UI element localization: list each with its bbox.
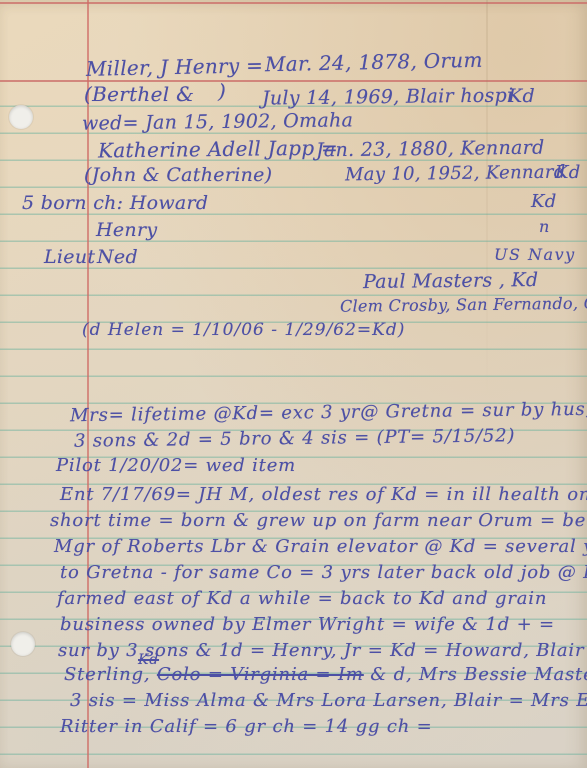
wife-parents: (John & Catherine) bbox=[84, 166, 272, 186]
obituary-line-9: 3 sis = Miss Alma & Mrs Lora Larsen, Bla… bbox=[70, 692, 587, 711]
obituary-line-3: Mgr of Roberts Lbr & Grain elevator @ Kd… bbox=[54, 538, 587, 557]
husband-name: Miller, J Henry = bbox=[86, 55, 264, 80]
obituary-line-8-struck-above: Kd bbox=[138, 653, 159, 668]
wife-birthdate: Jan. 23, 1880, Kennard bbox=[316, 139, 545, 162]
husband-birthdate: Mar. 24, 1878, Orum bbox=[265, 50, 483, 76]
wife-name: Katherine Adell Japp = bbox=[98, 138, 338, 162]
child-henry: Henry bbox=[96, 221, 157, 241]
obituary-line-4: to Gretna - for same Co = 3 yrs later ba… bbox=[60, 564, 587, 583]
child-ned-rank: Lieut bbox=[44, 248, 95, 268]
child-ned: Ned bbox=[97, 248, 138, 268]
children-count-line: 5 born ch: Howard bbox=[22, 194, 208, 214]
obituary-line-8-struck-text: Colo = Virginia = Im bbox=[157, 664, 364, 685]
husband-parents-close: ) bbox=[218, 81, 226, 102]
wife-burial-place: Kd bbox=[555, 164, 581, 183]
husband-deathdate: July 14, 1969, Blair hospi bbox=[262, 86, 514, 109]
obituary-line-10: Ritter in Calif = 6 gr ch = 14 gg ch = bbox=[60, 718, 433, 737]
helen-spouse: Clem Crosby, San Fernando, Calif bbox=[340, 295, 587, 315]
obituary-line-6: business owned by Elmer Wright = wife & … bbox=[60, 616, 555, 635]
obituary-line-1: Ent 7/17/69= JH M, oldest res of Kd = in… bbox=[60, 486, 587, 505]
child-howard-place: Kd bbox=[531, 193, 557, 212]
ledger-page: Miller, J Henry = Mar. 24, 1878, Orum (B… bbox=[0, 0, 587, 768]
helen-dates-note: (d Helen = 1/10/06 - 1/29/62=Kd) bbox=[82, 322, 405, 340]
obituary-line-2: short time = born & grew up on farm near… bbox=[50, 512, 587, 531]
obituary-line-8-suffix: & d, Mrs Bessie Masters, Blair bbox=[364, 664, 587, 685]
obituary-line-5: farmed east of Kd a while = back to Kd a… bbox=[57, 590, 547, 609]
wife-deathdate: May 10, 1952, Kennard bbox=[345, 164, 566, 186]
hole-punch-bottom bbox=[11, 632, 35, 656]
wife-note-line-3: Pilot 1/20/02= wed item bbox=[56, 457, 296, 476]
husband-parents: (Berthel & bbox=[84, 84, 194, 105]
paper-crease bbox=[486, 0, 488, 400]
child-henry-place-ditto: n bbox=[539, 219, 550, 236]
bessie-spouse: Paul Masters , Kd bbox=[363, 271, 539, 293]
obituary-line-8: Sterling, Colo = Virginia = Im & d, Mrs … bbox=[64, 666, 587, 685]
husband-burial-place: Kd bbox=[508, 87, 535, 107]
hole-punch-top bbox=[9, 105, 33, 129]
child-ned-service: US Navy bbox=[494, 247, 576, 264]
marriage-date: wed= Jan 15, 1902, Omaha bbox=[82, 111, 353, 134]
